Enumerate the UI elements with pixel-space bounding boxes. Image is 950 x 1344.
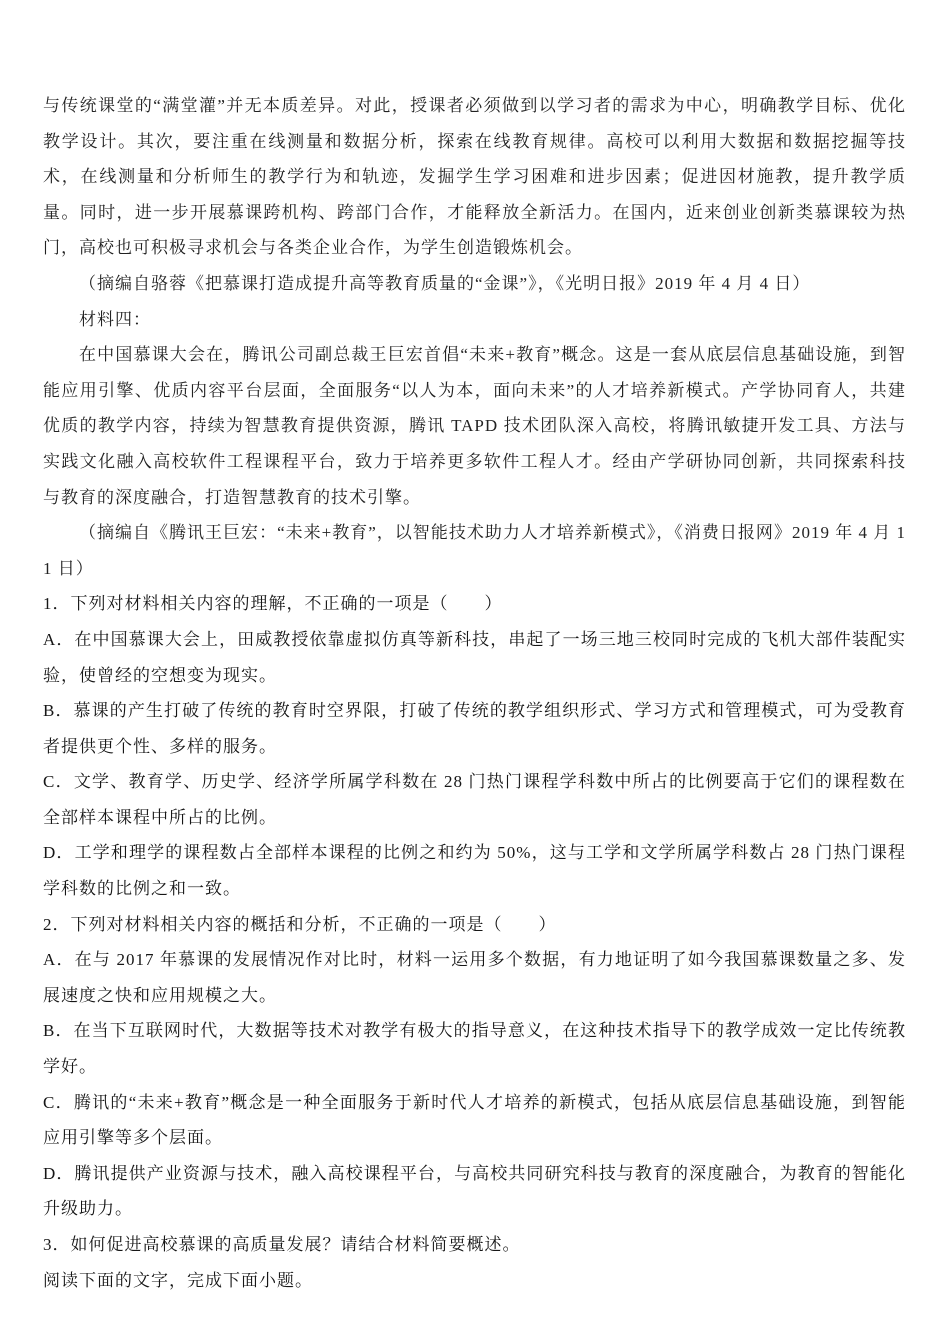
question-1-option-a: A．在中国慕课大会上，田威教授依靠虚拟仿真等新科技，串起了一场三地三校同时完成的… — [43, 622, 906, 693]
question-1-stem: 1．下列对材料相关内容的理解，不正确的一项是（ ） — [43, 586, 906, 622]
paragraph-material-four: 在中国慕课大会在，腾讯公司副总裁王巨宏首倡“未来+教育”概念。这是一套从底层信息… — [43, 337, 906, 515]
question-3-stem: 3．如何促进高校慕课的高质量发展？请结合材料简要概述。 — [43, 1227, 906, 1263]
question-2-option-d: D．腾讯提供产业资源与技术，融入高校课程平台，与高校共同研究科技与教育的深度融合… — [43, 1156, 906, 1227]
question-2-stem: 2．下列对材料相关内容的概括和分析，不正确的一项是（ ） — [43, 907, 906, 943]
question-1-option-d: D．工学和理学的课程数占全部样本课程的比例之和约为 50%，这与工学和文学所属学… — [43, 835, 906, 906]
document-page: 与传统课堂的“满堂灌”并无本质差异。对此，授课者必须做到以学习者的需求为中心，明… — [0, 0, 950, 1344]
attribution-material-three: （摘编自骆蓉《把慕课打造成提升高等教育质量的“金课”》，《光明日报》2019 年… — [43, 266, 906, 302]
question-1-option-c: C．文学、教育学、历史学、经济学所属学科数在 28 门热门课程学科数中所占的比例… — [43, 764, 906, 835]
paragraph-material-three-continuation: 与传统课堂的“满堂灌”并无本质差异。对此，授课者必须做到以学习者的需求为中心，明… — [43, 88, 906, 266]
question-2-option-b: B．在当下互联网时代，大数据等技术对教学有极大的指导意义，在这种技术指导下的教学… — [43, 1013, 906, 1084]
question-2-option-c: C．腾讯的“未来+教育”概念是一种全面服务于新时代人才培养的新模式，包括从底层信… — [43, 1085, 906, 1156]
question-1-option-b: B．慕课的产生打破了传统的教育时空界限，打破了传统的教学组织形式、学习方式和管理… — [43, 693, 906, 764]
question-2-option-a: A．在与 2017 年慕课的发展情况作对比时，材料一运用多个数据，有力地证明了如… — [43, 942, 906, 1013]
reading-instruction: 阅读下面的文字，完成下面小题。 — [43, 1263, 906, 1299]
attribution-material-four: （摘编自《腾讯王巨宏：“未来+教育”，以智能技术助力人才培养新模式》，《消费日报… — [43, 515, 906, 586]
label-material-four: 材料四： — [43, 302, 906, 338]
